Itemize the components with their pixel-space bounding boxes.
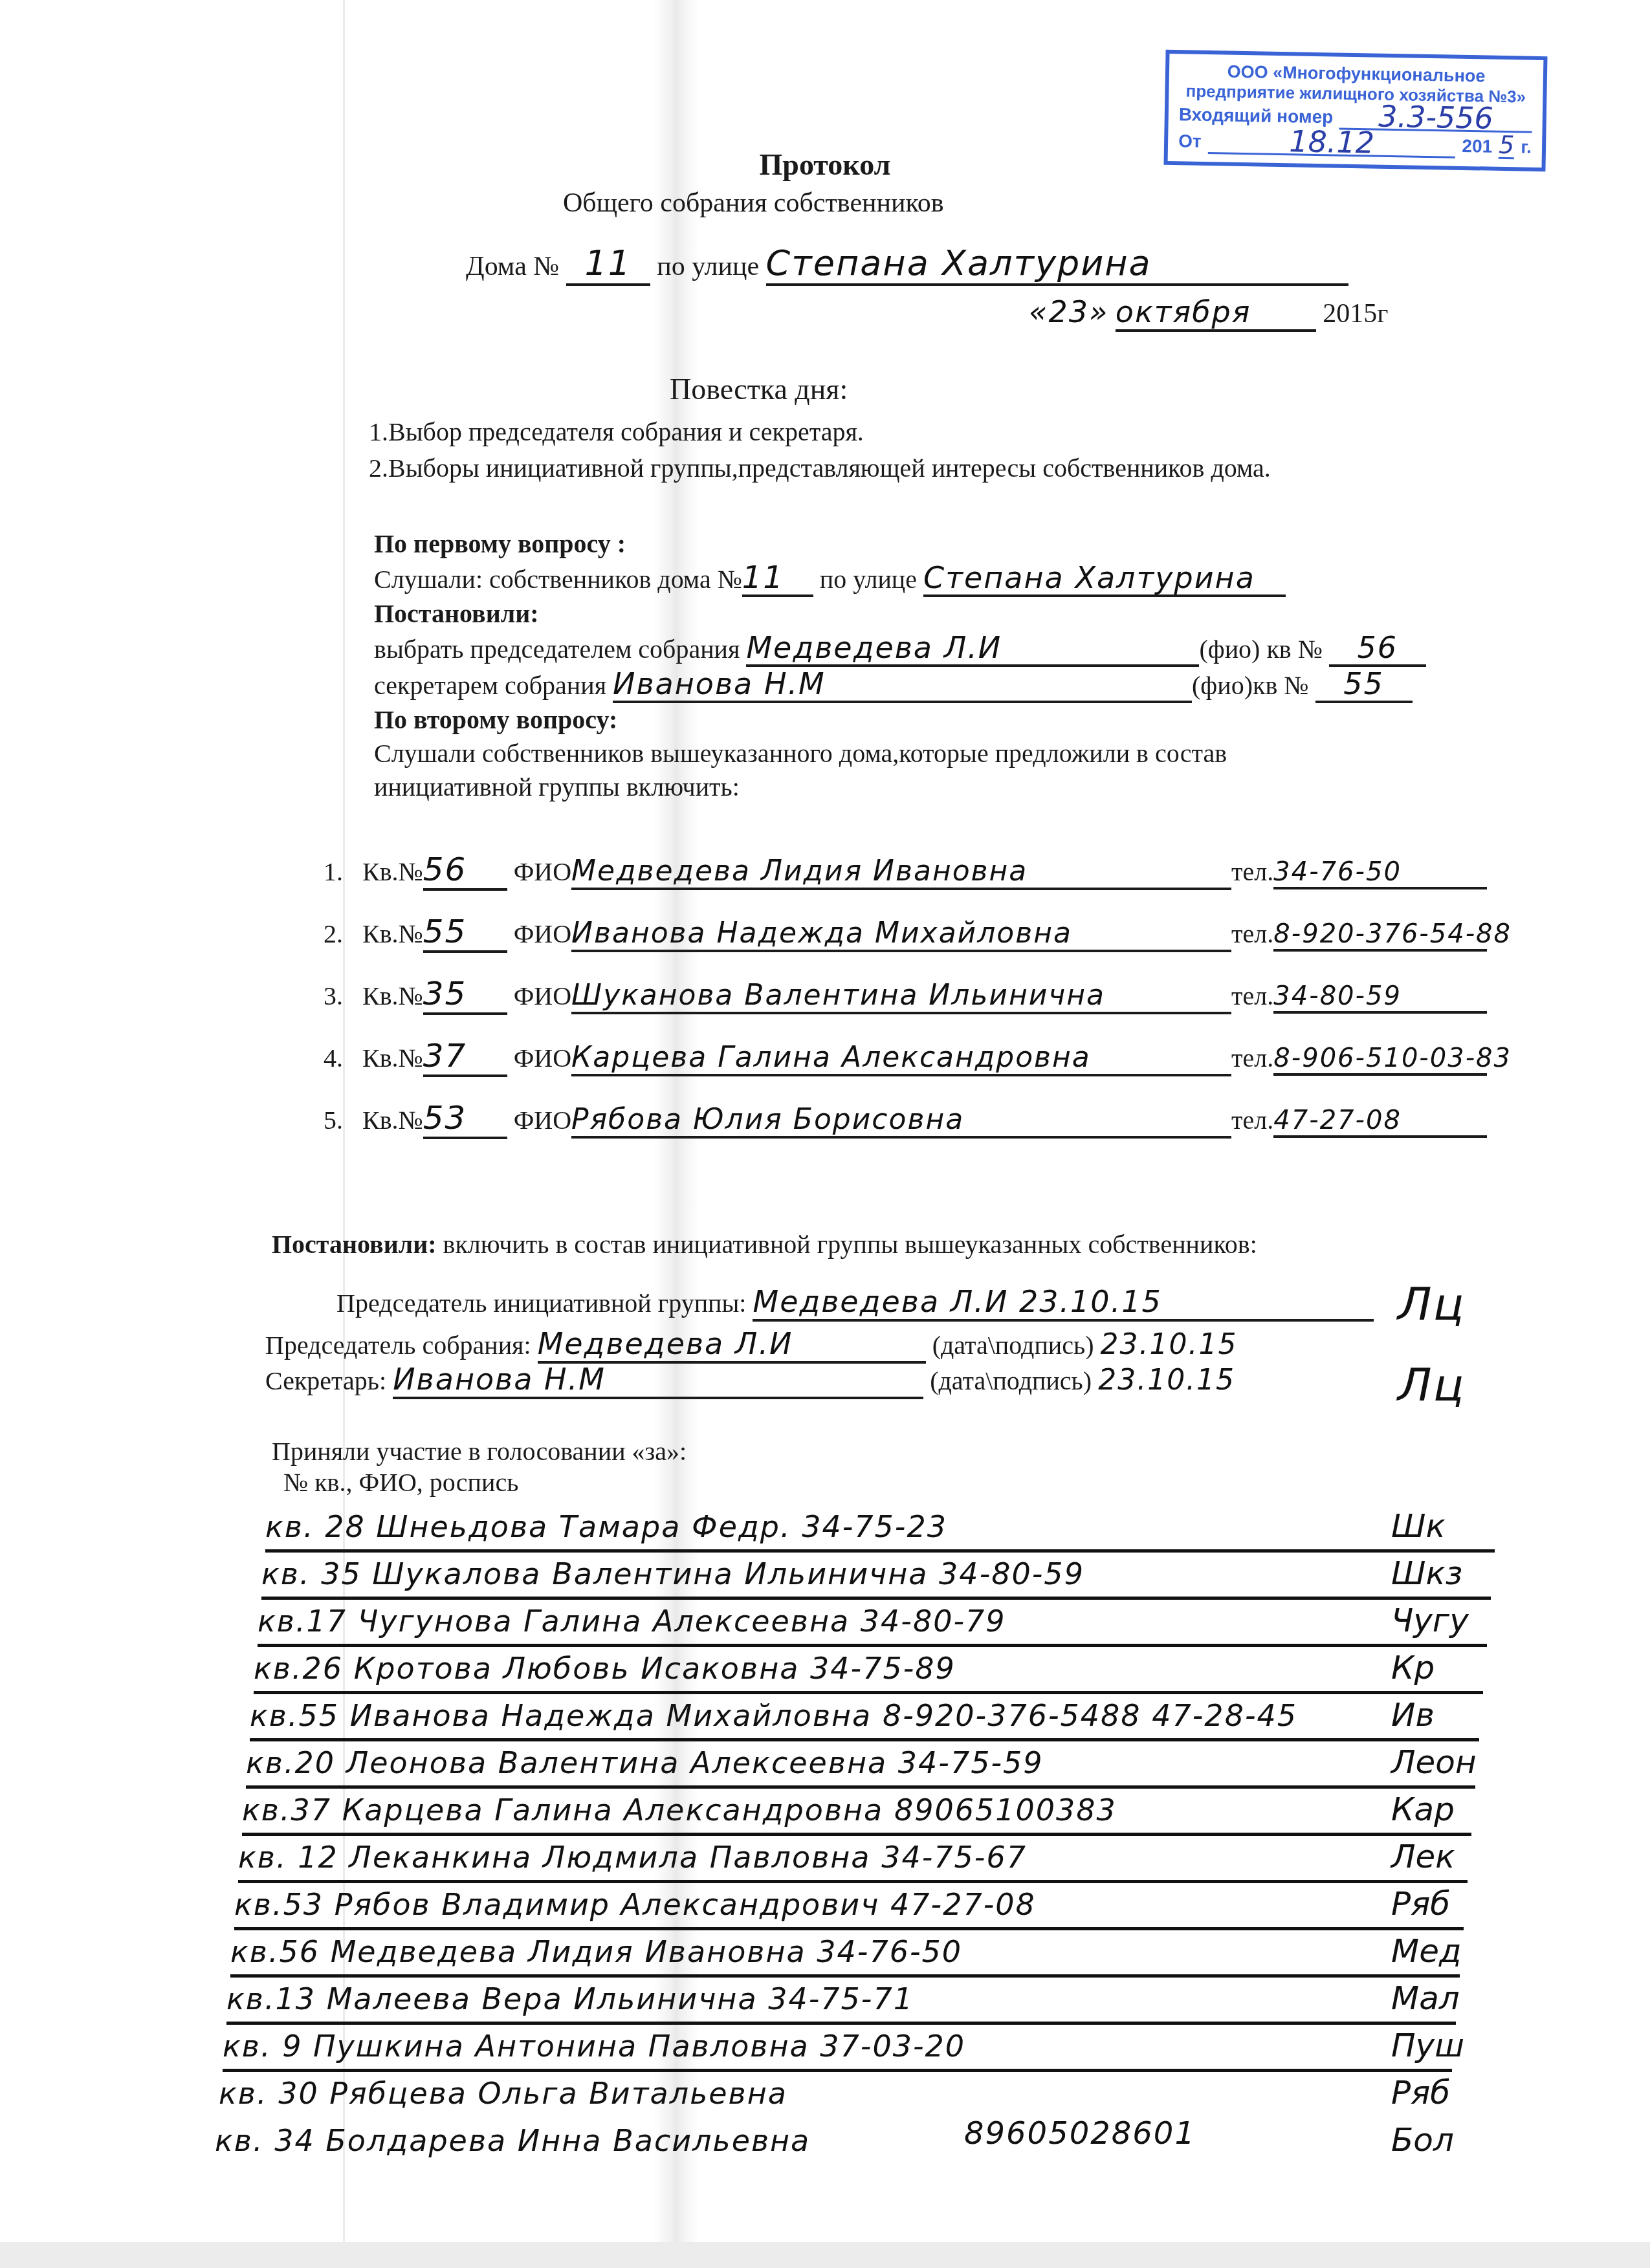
meeting-chair-label: Председатель собрания: [265, 1331, 531, 1360]
signature-mark: Кр [1391, 1649, 1435, 1686]
votes-section-header: Приняли участие в голосовании «за»: № кв… [272, 1436, 687, 1498]
question1-section: По первому вопросу : Слушали: собственни… [374, 527, 1426, 804]
q2-text-line1: Слушали собственников вышеуказанного дом… [374, 737, 1426, 770]
document-title: Протокол [0, 147, 1650, 182]
heard-label: Слушали: собственников дома № [374, 565, 742, 594]
signature-mark: Шк [1391, 1507, 1446, 1545]
vote-entry: кв.56 Медведева Лидия Ивановна 34-76-50 [230, 1934, 962, 1969]
chair-name: Медведева Л.И [746, 631, 1199, 667]
house-address-line: Дома № 11 по улице Степана Халтурина [466, 243, 1348, 286]
phone-label: тел. [1231, 1043, 1273, 1073]
apt-label: Кв.№ [362, 1106, 423, 1135]
phone-label: тел. [1231, 981, 1273, 1010]
q1-house-number: 11 [742, 561, 813, 597]
candidate-apt: 53 [423, 1099, 507, 1139]
vote-row: кв.55 Иванова Надежда Михайловна 8-920-3… [250, 1693, 1479, 1741]
signature-mark: Шкз [1391, 1554, 1462, 1592]
vote-entry: кв.20 Леонова Валентина Алексеевна 34-75… [246, 1745, 1044, 1780]
document-subtitle: Общего собрания собственников [563, 188, 944, 219]
q2-decided-label: Постановили: [272, 1230, 437, 1259]
candidate-number: 3. [324, 981, 362, 1011]
q2-text-line2: инициативной группы включить: [374, 770, 1426, 804]
votes-heading: Приняли участие в голосовании «за»: [272, 1436, 687, 1467]
phone-label: тел. [1231, 919, 1273, 948]
vote-row: кв.37 Карцева Галина Александровна 89065… [242, 1787, 1471, 1836]
vote-row: кв.17 Чугунова Галина Алексеевна 34-80-7… [258, 1598, 1487, 1647]
vote-entry: кв. 30 Рябцева Ольга Витальевна [219, 2076, 787, 2111]
candidate-number: 5. [324, 1105, 362, 1135]
extra-phone: 89605028601 [964, 2115, 1196, 2152]
scan-edge [0, 2242, 1650, 2268]
question2-heading: По второму вопросу: [374, 703, 1426, 737]
date-year: 2015г [1323, 299, 1388, 329]
vote-entry: кв. 34 Болдарева Инна Васильевна [215, 2123, 810, 2158]
vote-row: кв. 34 Болдарева Инна Васильевна [215, 2118, 1444, 2163]
secretary-date: 23.10.15 [1098, 1364, 1235, 1397]
signature-mark: Пуш [1391, 2027, 1464, 2064]
apt-label: Кв.№ [362, 981, 423, 1010]
secretary-sign-label: Секретарь: [265, 1366, 386, 1395]
q1-decided-label: Постановили: [374, 597, 1426, 631]
signature-mark: Бол [1391, 2121, 1454, 2159]
meeting-chair-line: Председатель собрания: Медведева Л.И (да… [265, 1326, 1238, 1364]
q1-street-name: Степана Халтурина [923, 561, 1286, 597]
vote-entry: кв.37 Карцева Галина Александровна 89065… [242, 1793, 1117, 1827]
group-chair-value: Медведева Л.И 23.10.15 [753, 1284, 1374, 1322]
agenda-list: 1.Выбор председателя собрания и секретар… [369, 414, 1271, 486]
meeting-chair-value: Медведева Л.И [538, 1326, 926, 1364]
street-label: по улице [657, 252, 759, 281]
vote-row: кв. 28 Шнеьдова Тамара Федр. 34-75-23 [265, 1504, 1495, 1553]
meeting-date: «23» октября 2015г [1029, 294, 1389, 332]
vote-row: кв.20 Леонова Валентина Алексеевна 34-75… [246, 1740, 1475, 1789]
candidate-phone: 8-906-510-03-83 [1273, 1043, 1487, 1076]
name-label: ФИО [514, 919, 571, 948]
house-number: 11 [566, 243, 650, 286]
signature-mark: Чугу [1391, 1602, 1469, 1639]
vote-entry: кв.26 Кротова Любовь Исаковна 34-75-89 [254, 1651, 956, 1686]
name-label: ФИО [514, 981, 571, 1010]
chair-label: выбрать председателем собрания [374, 635, 740, 664]
vote-row: кв.26 Кротова Любовь Исаковна 34-75-89 [254, 1646, 1483, 1694]
date-day: «23» [1029, 294, 1108, 329]
phone-label: тел. [1231, 857, 1273, 886]
date-month: октября [1116, 294, 1316, 332]
signature-mark: Кар [1391, 1791, 1455, 1828]
vote-row: кв.13 Малеева Вера Ильинична 34-75-71 [226, 1976, 1456, 2025]
street-name: Степана Халтурина [766, 243, 1348, 286]
q1-street-label: по улице [820, 565, 917, 594]
secretary-name: Иванова Н.М [613, 667, 1192, 703]
signature-mark: Ив [1391, 1696, 1435, 1734]
candidate-name: Рябова Юлия Борисовна [571, 1103, 1231, 1139]
q2-decided-text: включить в состав инициативной группы вы… [443, 1230, 1257, 1259]
candidate-phone: 34-76-50 [1273, 857, 1487, 889]
candidate-row: 2.Кв.№55 ФИОИванова Надежда Михайловнате… [324, 913, 1487, 953]
group-chair-line: Председатель инициативной группы: Медвед… [336, 1284, 1374, 1322]
candidate-number: 2. [324, 919, 362, 949]
candidate-number: 1. [324, 856, 362, 887]
vote-row: кв.53 Рябов Владимир Александрович 47-27… [234, 1882, 1464, 1930]
vote-entry: кв. 12 Леканкина Людмила Павловна 34-75-… [238, 1840, 1027, 1875]
agenda-item: 2.Выборы инициативной группы,представляю… [369, 450, 1271, 486]
vote-row: кв.56 Медведева Лидия Ивановна 34-76-50 [230, 1929, 1460, 1978]
vote-entry: кв. 28 Шнеьдова Тамара Федр. 34-75-23 [265, 1509, 947, 1544]
signature-mark: Леон [1391, 1743, 1477, 1781]
apt-label: Кв.№ [362, 1043, 423, 1073]
secretary-date-label: (дата\подпись) [930, 1366, 1092, 1395]
signature-mark: Ряб [1391, 2074, 1450, 2111]
vote-entry: кв.13 Малеева Вера Ильинична 34-75-71 [226, 1981, 914, 2016]
chair-apt-label: (фио) кв № [1199, 635, 1322, 664]
candidate-row: 4.Кв.№37 ФИОКарцева Галина Александровна… [324, 1037, 1487, 1077]
meeting-chair-date-label: (дата\подпись) [932, 1331, 1094, 1360]
name-label: ФИО [514, 1043, 571, 1073]
secretary-apt: 55 [1315, 667, 1413, 703]
agenda-title: Повестка дня: [670, 372, 848, 406]
secretary-sign-line: Секретарь: Иванова Н.М (дата\подпись) 23… [265, 1362, 1235, 1399]
signature-mark: Лек [1391, 1838, 1455, 1875]
meeting-chair-date: 23.10.15 [1101, 1328, 1238, 1361]
phone-label: тел. [1231, 1106, 1273, 1135]
vote-entry: кв.53 Рябов Владимир Александрович 47-27… [234, 1887, 1036, 1922]
candidate-number: 4. [324, 1043, 362, 1073]
secretary-apt-label: (фио)кв № [1192, 671, 1308, 700]
signature-mark: Мал [1391, 1979, 1460, 2017]
chair-apt: 56 [1329, 631, 1426, 667]
vote-row: кв. 9 Пушкина Антонина Павловна 37-03-20 [223, 2023, 1452, 2072]
question1-heading: По первому вопросу : [374, 527, 1426, 561]
name-label: ФИО [514, 857, 571, 886]
signature-mark: Ряб [1391, 1885, 1450, 1923]
votes-columns: № кв., ФИО, роспись [272, 1467, 687, 1498]
candidate-apt: 55 [423, 913, 507, 953]
name-label: ФИО [514, 1106, 571, 1135]
candidate-apt: 37 [423, 1037, 507, 1077]
vote-row: кв. 12 Леканкина Людмила Павловна 34-75-… [238, 1835, 1468, 1883]
apt-label: Кв.№ [362, 857, 423, 886]
apt-label: Кв.№ [362, 919, 423, 948]
candidate-apt: 35 [423, 975, 507, 1015]
vote-entry: кв. 9 Пушкина Антонина Павловна 37-03-20 [223, 2029, 965, 2064]
secretary-label: секретарем собрания [374, 671, 606, 700]
candidate-apt: 56 [423, 851, 507, 891]
signature-mark: Мед [1391, 1932, 1461, 1970]
vote-entry: кв. 35 Шукалова Валентина Ильинична 34-8… [261, 1556, 1084, 1591]
candidate-row: 5.Кв.№53 ФИОРябова Юлия Борисовнател.47-… [324, 1099, 1487, 1139]
signature-mark: Лц [1398, 1358, 1465, 1412]
group-chair-label: Председатель инициативной группы: [336, 1289, 746, 1318]
vote-row: кв. 35 Шукалова Валентина Ильинична 34-8… [261, 1551, 1491, 1600]
candidate-name: Карцева Галина Александровна [571, 1041, 1231, 1076]
candidate-row: 1.Кв.№56 ФИОМедведева Лидия Ивановнател.… [324, 851, 1487, 891]
q2-decision: Постановили: включить в состав инициатив… [272, 1229, 1257, 1259]
signature-mark: Лц [1398, 1278, 1465, 1331]
candidate-phone: 34-80-59 [1273, 981, 1487, 1014]
candidate-phone: 47-27-08 [1273, 1106, 1487, 1138]
candidate-row: 3.Кв.№35 ФИОШуканова Валентина Ильинична… [324, 975, 1487, 1015]
vote-row: кв. 30 Рябцева Ольга Витальевна [219, 2071, 1448, 2116]
house-label: Дома № [466, 252, 559, 281]
agenda-item: 1.Выбор председателя собрания и секретар… [369, 414, 1271, 450]
vote-entry: кв.17 Чугунова Галина Алексеевна 34-80-7… [258, 1604, 1006, 1639]
secretary-sign-value: Иванова Н.М [393, 1362, 923, 1399]
candidate-name: Шуканова Валентина Ильинична [571, 979, 1231, 1014]
vote-entry: кв.55 Иванова Надежда Михайловна 8-920-3… [250, 1698, 1297, 1733]
candidate-phone: 8-920-376-54-88 [1273, 919, 1487, 952]
candidate-name: Иванова Надежда Михайловна [571, 917, 1231, 952]
candidate-name: Медведева Лидия Ивановна [571, 855, 1231, 890]
